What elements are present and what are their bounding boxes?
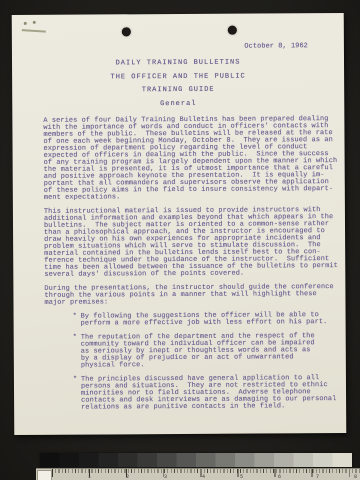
ruler-number: 3 bbox=[164, 474, 167, 480]
ruler-scale: 12345678 bbox=[36, 468, 360, 480]
scan-background: October 8, 1962 DAILY TRAINING BULLETINS… bbox=[0, 0, 360, 480]
document-body: A series of four Daily Training Bulletin… bbox=[43, 116, 334, 419]
ruler-label-tag bbox=[37, 470, 52, 480]
punch-hole bbox=[228, 26, 237, 35]
title-line-general: General bbox=[12, 99, 344, 109]
document-page: October 8, 1962 DAILY TRAINING BULLETINS… bbox=[12, 13, 347, 435]
bullet-marker-icon: * bbox=[73, 335, 81, 370]
ruler-number: 5 bbox=[240, 474, 243, 480]
title-line-subject: THE OFFICER AND THE PUBLIC bbox=[12, 72, 344, 82]
document-heading: DAILY TRAINING BULLETINS THE OFFICER AND… bbox=[12, 59, 344, 115]
ruler-number: 7 bbox=[316, 474, 319, 480]
bullet-text: The reputation of the department and the… bbox=[81, 333, 315, 369]
paragraph-presentations: During the presentations, the instructor… bbox=[44, 284, 333, 307]
bullet-marker-icon: * bbox=[73, 314, 81, 328]
title-line-bulletins: DAILY TRAINING BULLETINS bbox=[12, 59, 344, 69]
ruler-number: 8 bbox=[354, 474, 357, 480]
title-line-guide: TRAINING GUIDE bbox=[12, 86, 344, 96]
bullet-item: * The principles discussed have general … bbox=[73, 375, 334, 412]
ruler-number: 1 bbox=[88, 474, 91, 480]
bullet-text: By following the suggestions the officer… bbox=[81, 312, 328, 328]
document-date: October 8, 1962 bbox=[244, 42, 308, 50]
bullet-item: * By following the suggestions the offic… bbox=[73, 312, 334, 328]
bullet-item: * The reputation of the department and t… bbox=[73, 333, 334, 370]
paragraph-instructional-material: This instructional material is issued to… bbox=[44, 207, 333, 279]
paragraph-intro: A series of four Daily Training Bulletin… bbox=[43, 116, 333, 202]
staple-mark bbox=[22, 20, 52, 34]
bullet-text: The principles discussed have general ap… bbox=[81, 375, 337, 412]
ruler-number: 2 bbox=[126, 474, 129, 480]
ruler-number: 4 bbox=[202, 474, 205, 480]
bullet-marker-icon: * bbox=[73, 377, 81, 412]
ruler-number: 6 bbox=[278, 474, 281, 480]
grayscale-calibration-bar bbox=[40, 453, 352, 467]
punch-hole bbox=[122, 27, 131, 36]
